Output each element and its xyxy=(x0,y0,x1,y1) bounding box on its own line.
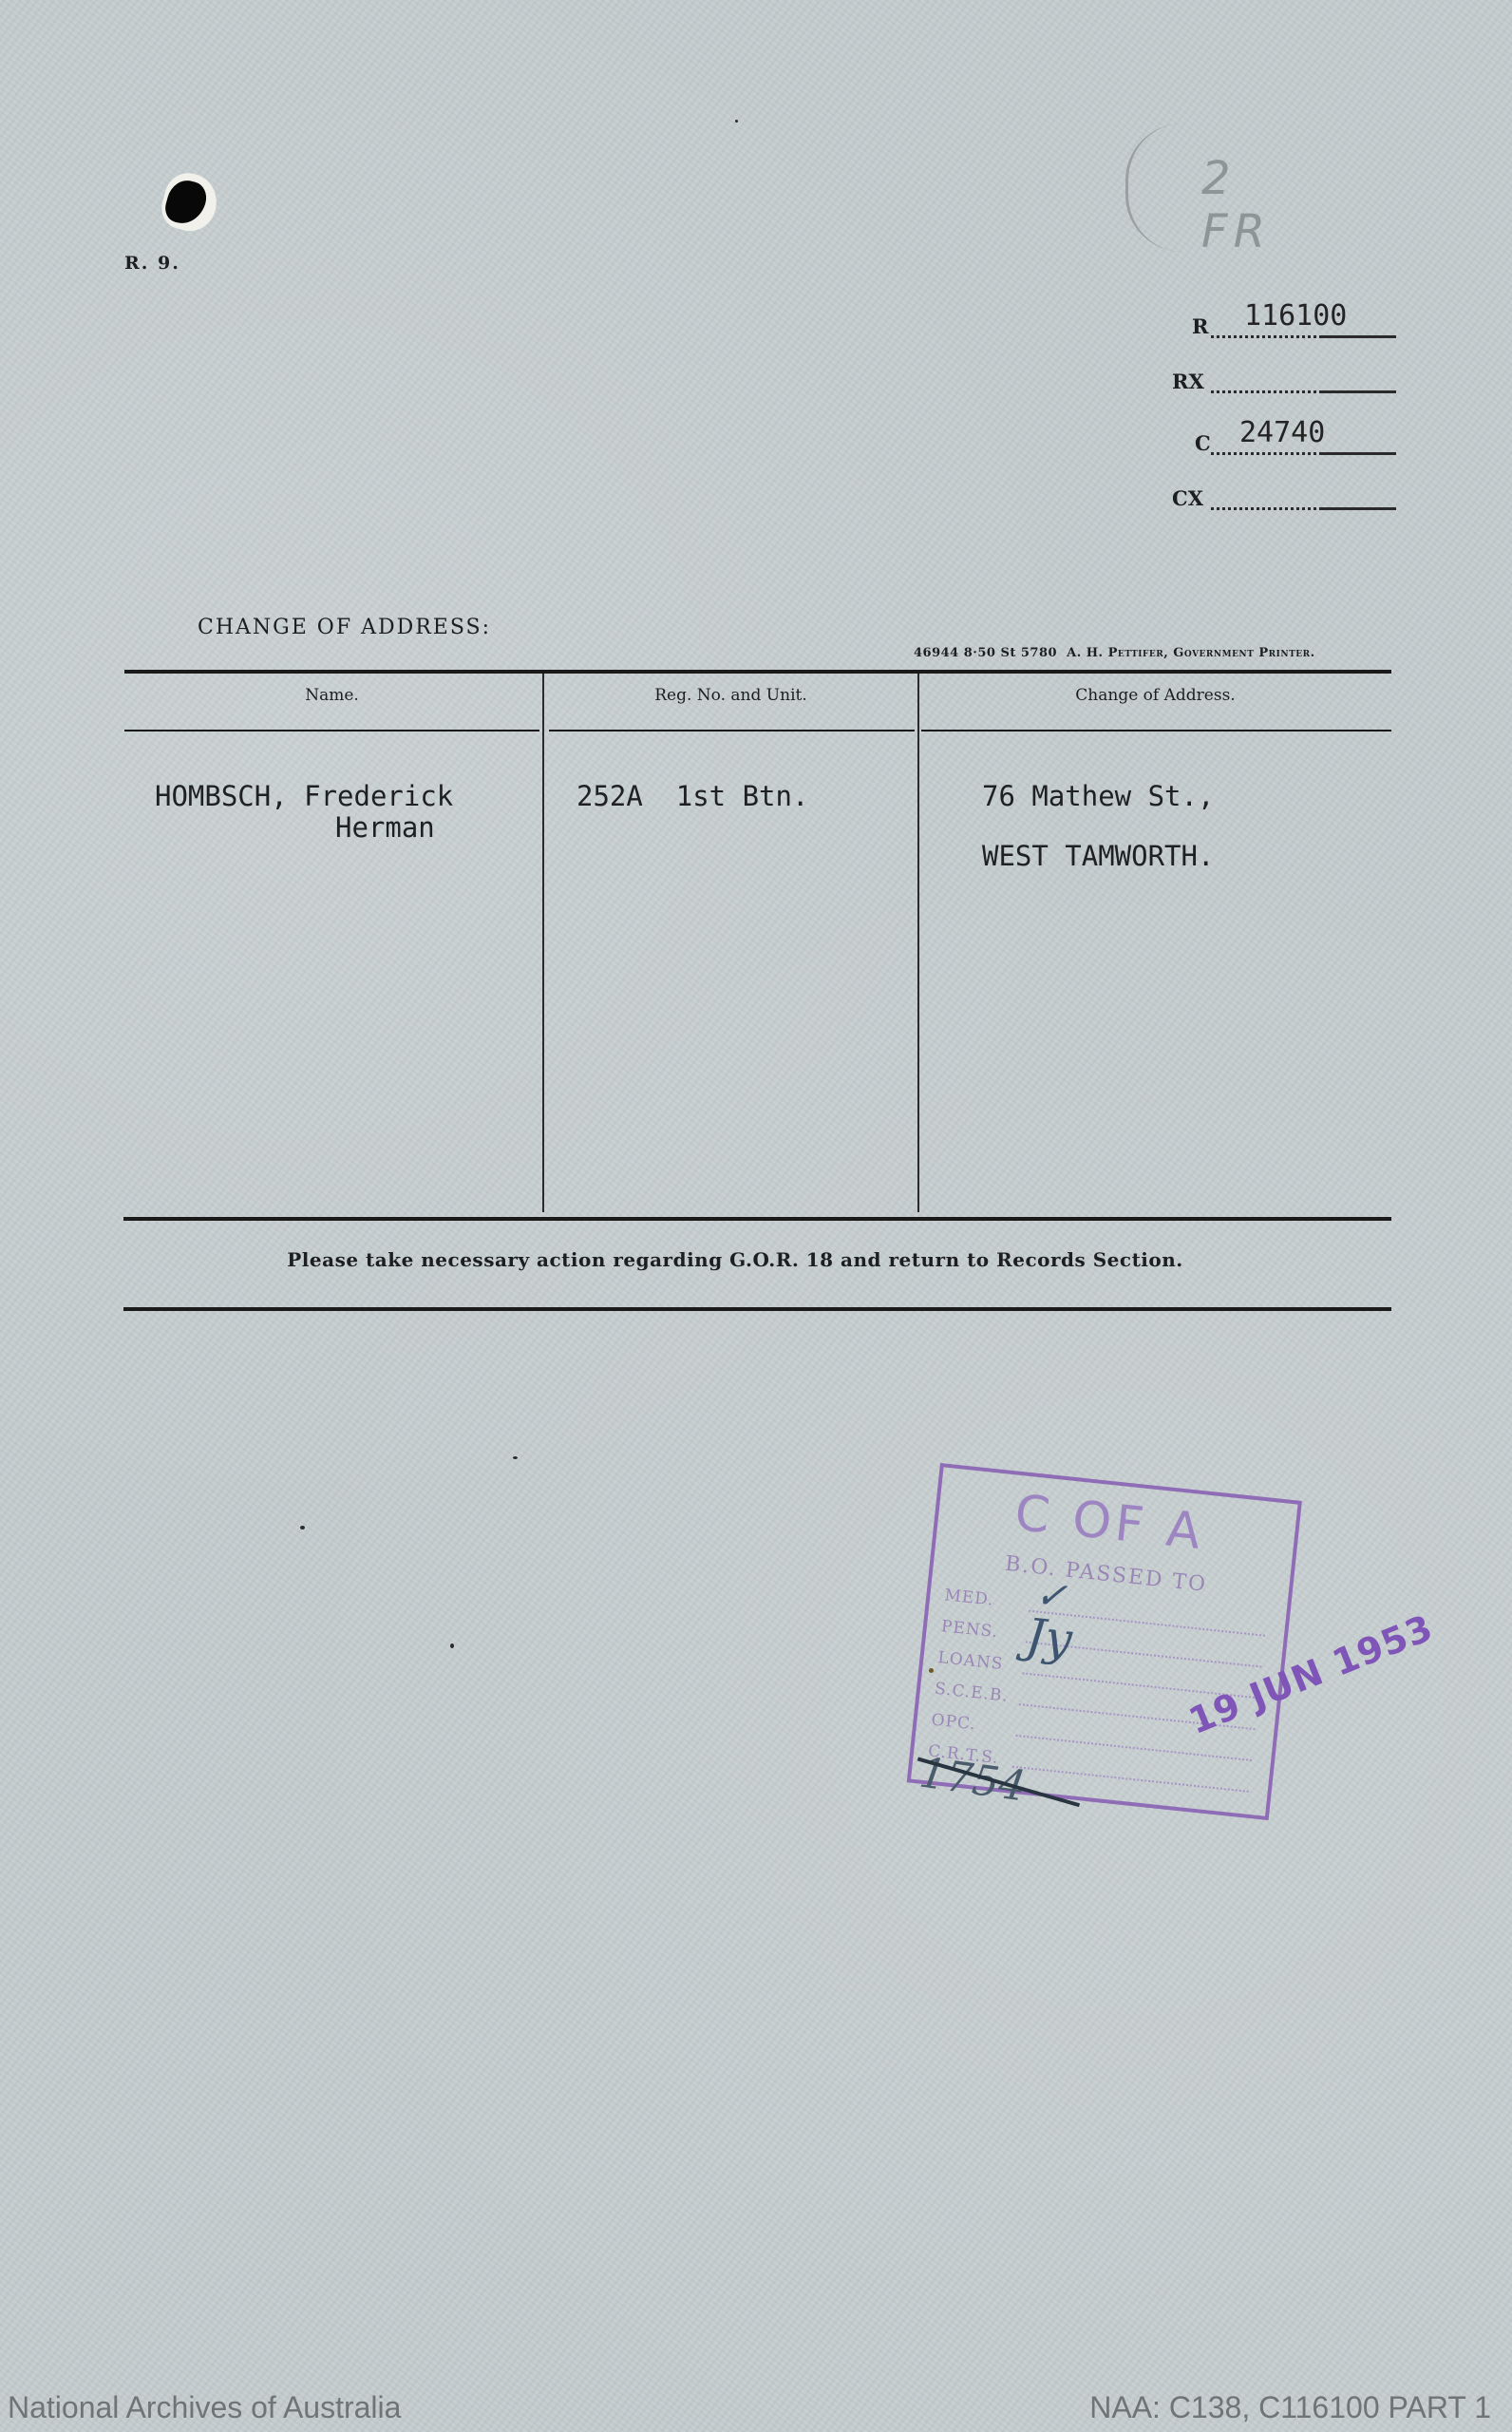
pens-initials: Jy xyxy=(1023,1608,1074,1668)
header-rule-3 xyxy=(921,730,1391,731)
name-line-1: HOMBSCH, Frederick xyxy=(155,781,453,812)
archive-reference: NAA: C138, C116100 PART 1 xyxy=(1089,2390,1491,2425)
instruction-bottom-rule xyxy=(123,1307,1391,1311)
address-line-1: 76 Mathew St., xyxy=(982,781,1214,812)
archive-credit: National Archives of Australia xyxy=(8,2390,401,2425)
ref-c-value: 24740 xyxy=(1239,416,1325,449)
instruction-text: Please take necessary action regarding G… xyxy=(0,1248,1512,1271)
form-code: R. 9. xyxy=(124,253,180,274)
document-page: R. 9. 2 FR R 116100 RX C 24740 CX CHANGE… xyxy=(0,0,1512,2432)
pencil-bracket xyxy=(1125,123,1195,252)
stamp-title: C OF A xyxy=(1012,1485,1207,1562)
ref-r: R 116100 xyxy=(1168,304,1396,342)
table-bottom-rule xyxy=(123,1217,1391,1221)
name-line-2: Herman xyxy=(335,812,435,844)
address-line-2: WEST TAMWORTH. xyxy=(982,841,1214,872)
header-rule-2 xyxy=(549,730,915,731)
table-top-rule xyxy=(124,670,1391,674)
column-divider-2 xyxy=(917,674,919,1212)
ref-cx: CX xyxy=(1168,476,1396,514)
column-header-address: Change of Address. xyxy=(919,686,1391,705)
ref-c: C 24740 xyxy=(1168,421,1396,459)
reg-no-unit: 252A 1st Btn. xyxy=(576,781,808,812)
header-rule-1 xyxy=(124,730,539,731)
column-header-reg-no: Reg. No. and Unit. xyxy=(544,686,917,705)
printer-imprint: 46944 8·50 St 5780 A. H. Pettifer, Gover… xyxy=(914,646,1315,660)
ref-rx: RX xyxy=(1168,359,1396,397)
punch-hole xyxy=(157,168,223,237)
column-divider-1 xyxy=(542,674,544,1212)
ref-r-value: 116100 xyxy=(1244,299,1347,332)
column-header-name: Name. xyxy=(124,686,539,705)
form-heading: CHANGE OF ADDRESS: xyxy=(198,616,491,639)
pencil-annotation: 2 FR xyxy=(1125,123,1315,256)
